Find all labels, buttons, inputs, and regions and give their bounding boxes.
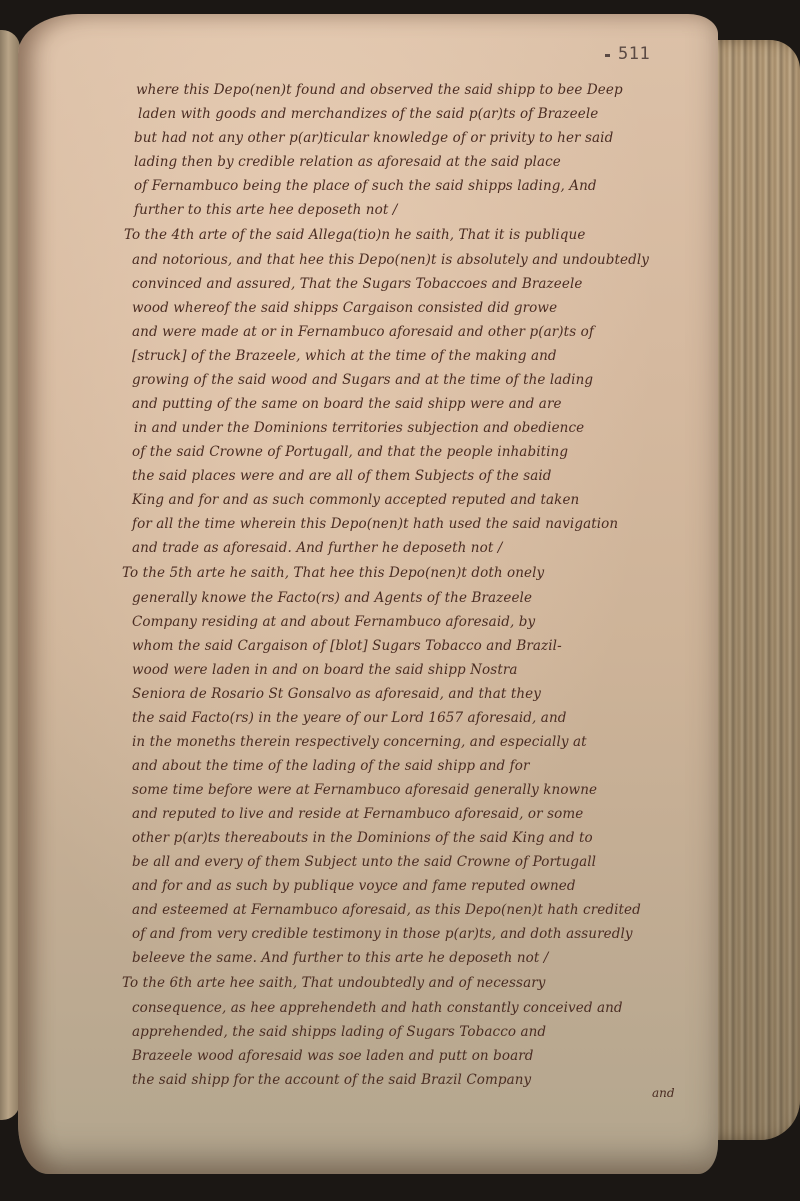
text-line: and reputed to live and reside at Fernam… bbox=[132, 806, 583, 822]
text-line: of Fernambuco being the place of such th… bbox=[134, 178, 597, 194]
text-line: lading then by credible relation as afor… bbox=[134, 154, 561, 170]
text-line: and esteemed at Fernambuco aforesaid, as… bbox=[132, 902, 641, 918]
text-line: where this Depo(nen)t found and observed… bbox=[136, 82, 623, 98]
text-line: further to this arte hee deposeth not / bbox=[134, 202, 397, 218]
text-line: beleeve the same. And further to this ar… bbox=[132, 950, 548, 966]
text-line: wood whereof the said shipps Cargaison c… bbox=[132, 300, 557, 316]
text-line: To the 4th arte of the said Allega(tio)n… bbox=[124, 227, 585, 243]
text-line: and notorious, and that hee this Depo(ne… bbox=[132, 252, 649, 268]
text-line: King and for and as such commonly accept… bbox=[132, 492, 579, 508]
text-line: other p(ar)ts thereabouts in the Dominio… bbox=[132, 830, 593, 846]
text-line: the said places were and are all of them… bbox=[132, 468, 552, 484]
text-line: some time before were at Fernambuco afor… bbox=[132, 782, 597, 798]
text-line: and putting of the same on board the sai… bbox=[132, 396, 562, 412]
text-line: whom the said Cargaison of [blot] Sugars… bbox=[132, 638, 562, 654]
text-line: Seniora de Rosario St Gonsalvo as afores… bbox=[132, 686, 541, 702]
text-line: laden with goods and merchandizes of the… bbox=[138, 106, 598, 122]
text-line: [struck] of the Brazeele, which at the t… bbox=[132, 348, 557, 364]
page-number: 511 bbox=[618, 44, 650, 64]
text-line: of the said Crowne of Portugall, and tha… bbox=[132, 444, 568, 460]
text-line: convinced and assured, That the Sugars T… bbox=[132, 276, 582, 292]
text-line: in and under the Dominions territories s… bbox=[134, 420, 584, 436]
text-line: for all the time wherein this Depo(nen)t… bbox=[132, 516, 618, 532]
text-line: To the 6th arte hee saith, That undoubte… bbox=[122, 975, 546, 991]
text-line: and about the time of the lading of the … bbox=[132, 758, 530, 774]
text-line: but had not any other p(ar)ticular knowl… bbox=[134, 130, 613, 146]
text-line: To the 5th arte he saith, That hee this … bbox=[122, 565, 544, 581]
text-line: and for and as such by publique voyce an… bbox=[132, 878, 576, 894]
text-line: apprehended, the said shipps lading of S… bbox=[132, 1024, 546, 1040]
facing-page-edge bbox=[0, 30, 20, 1120]
text-line: and trade as aforesaid. And further he d… bbox=[132, 540, 502, 556]
text-line: the said Facto(rs) in the yeare of our L… bbox=[132, 710, 566, 726]
text-line: the said shipp for the account of the sa… bbox=[132, 1072, 531, 1088]
text-line: Company residing at and about Fernambuco… bbox=[132, 614, 535, 630]
text-line: and were made at or in Fernambuco afores… bbox=[132, 324, 594, 340]
text-line: in the moneths therein respectively conc… bbox=[132, 734, 587, 750]
text-line: Brazeele wood aforesaid was soe laden an… bbox=[132, 1048, 534, 1064]
text-line: consequence, as hee apprehendeth and hat… bbox=[132, 1000, 623, 1016]
text-line: generally knowe the Facto(rs) and Agents… bbox=[132, 590, 532, 606]
text-line: growing of the said wood and Sugars and … bbox=[132, 372, 593, 388]
page-mark bbox=[605, 54, 610, 57]
text-line: wood were laden in and on board the said… bbox=[132, 662, 518, 678]
text-line: of and from very credible testimony in t… bbox=[132, 926, 633, 942]
catchword: and bbox=[652, 1086, 675, 1100]
text-line: be all and every of them Subject unto th… bbox=[132, 854, 596, 870]
